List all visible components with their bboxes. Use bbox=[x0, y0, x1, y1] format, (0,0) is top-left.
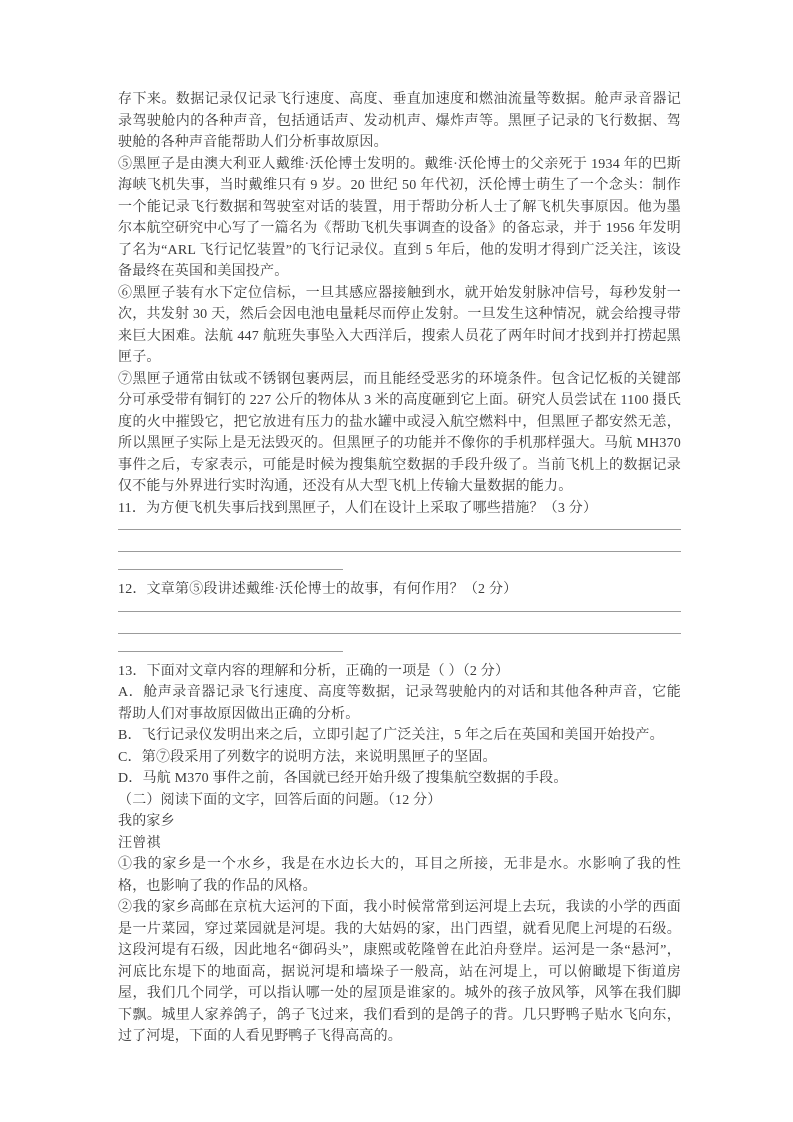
question-13: 13．下面对文章内容的理解和分析，正确的一项是（ ）（2 分） bbox=[118, 661, 681, 683]
answer-lines-12 bbox=[118, 601, 681, 652]
paragraph-5-black-box-inventor: ⑤黑匣子是由澳大利亚人戴维·沃伦博士发明的。戴维·沃伦博士的父亲死于 1934 … bbox=[118, 154, 681, 283]
answer-line bbox=[118, 519, 681, 530]
essay-paragraph-1: ①我的家乡是一个水乡，我是在水边长大的，耳目之所接，无非是水。水影响了我的性格，… bbox=[118, 854, 681, 897]
paragraph-7-durability: ⑦黑匣子通常由钛或不锈钢包裹两层，而且能经受恶劣的环境条件。包含记忆板的关键部分… bbox=[118, 369, 681, 498]
document-content: 存下来。数据记录仅记录飞行速度、高度、垂直加速度和燃油流量等数据。舱声录音器记录… bbox=[118, 89, 681, 1048]
intro-continuation-paragraph: 存下来。数据记录仅记录飞行速度、高度、垂直加速度和燃油流量等数据。舱声录音器记录… bbox=[118, 89, 681, 154]
answer-line bbox=[118, 612, 681, 634]
essay-author: 汪曾祺 bbox=[118, 833, 681, 855]
option-a: A．舱声录音器记录飞行速度、高度等数据，记录驾驶舱内的对话和其他各种声音，它能帮… bbox=[118, 682, 681, 725]
essay-title: 我的家乡 bbox=[118, 811, 681, 833]
question-12: 12．文章第⑤段讲述戴维·沃伦博士的故事，有何作用？（2 分） bbox=[118, 579, 681, 601]
question-11: 11．为方便飞机失事后找到黑匣子，人们在设计上采取了哪些措施？（3 分） bbox=[118, 498, 681, 520]
option-d: D．马航 M370 事件之前，各国就已经开始升级了搜集航空数据的手段。 bbox=[118, 768, 681, 790]
answer-line bbox=[118, 552, 343, 570]
option-b: B．飞行记录仪发明出来之后，立即引起了广泛关注，5 年之后在英国和美国开始投产。 bbox=[118, 725, 681, 747]
essay-paragraph-2: ②我的家乡高邮在京杭大运河的下面，我小时候常常到运河堤上去玩，我读的小学的西面是… bbox=[118, 897, 681, 1048]
option-c: C．第⑦段采用了列数字的说明方法，来说明黑匣子的坚固。 bbox=[118, 747, 681, 769]
document-page: 存下来。数据记录仅记录飞行速度、高度、垂直加速度和燃油流量等数据。舱声录音器记录… bbox=[0, 0, 793, 1122]
answer-lines-11 bbox=[118, 519, 681, 570]
section-two-instruction: （二）阅读下面的文字，回答后面的问题。（12 分） bbox=[118, 790, 681, 812]
paragraph-6-underwater-beacon: ⑥黑匣子装有水下定位信标，一旦其感应器接触到水，就开始发射脉冲信号，每秒发射一次… bbox=[118, 283, 681, 369]
answer-line bbox=[118, 634, 343, 652]
answer-line bbox=[118, 601, 681, 612]
answer-line bbox=[118, 530, 681, 552]
